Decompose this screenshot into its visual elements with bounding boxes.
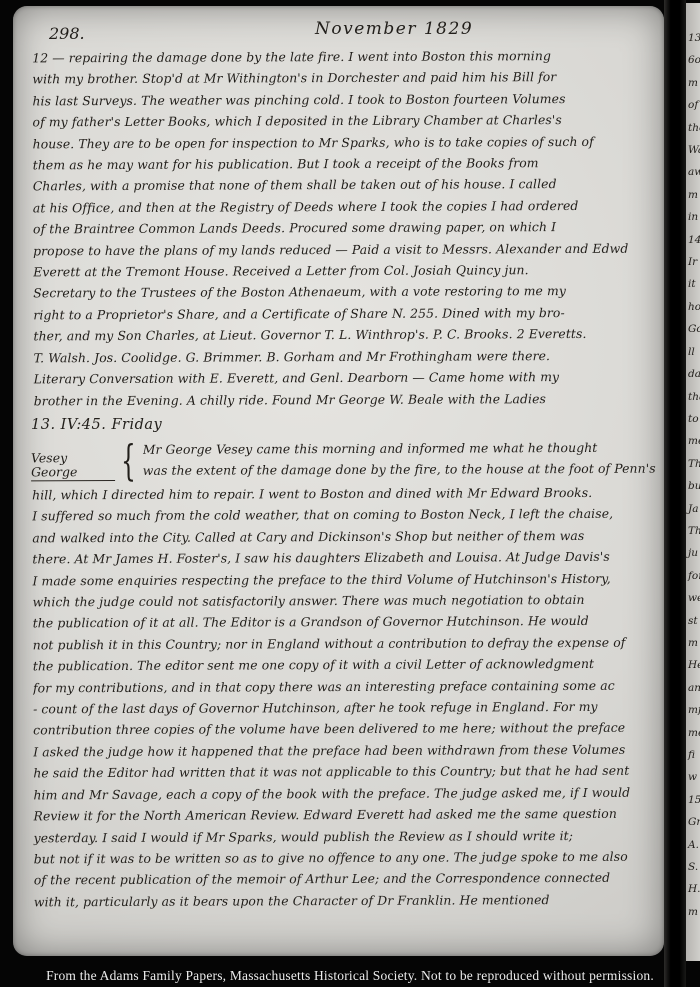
- facing-page-text-fragment: m: [686, 632, 700, 654]
- book-gutter: [664, 0, 686, 987]
- manuscript-line: his last Surveys. The weather was pinchi…: [32, 87, 660, 111]
- brace-mark: {: [121, 439, 136, 483]
- facing-page-text-fragment: st: [686, 610, 700, 632]
- manuscript-line: Charles, with a promise that none of the…: [33, 173, 661, 197]
- facing-page-text-fragment: the: [686, 117, 700, 139]
- facing-page-fragments: 136omoftheWaawmin14IrithowGoolldaithatom…: [686, 27, 700, 923]
- facing-page-text-fragment: me: [686, 722, 700, 744]
- facing-page-text-fragment: for: [686, 565, 700, 587]
- diary-entry-nov-13: hill, which I directed him to repair. I …: [32, 482, 662, 913]
- facing-page-text-fragment: Ir: [686, 251, 700, 273]
- manuscript-line: T. Walsh. Jos. Coolidge. G. Brimmer. B. …: [34, 344, 662, 368]
- manuscript-line: him and Mr Savage, each a copy of the bo…: [33, 781, 661, 805]
- facing-page-text-fragment: mf: [686, 699, 700, 721]
- manuscript-line: house. They are to be open for inspectio…: [33, 130, 661, 154]
- manuscript-line: with it, particularly as it bears upon t…: [34, 888, 662, 912]
- facing-page-text-fragment: in: [686, 206, 700, 228]
- margin-note-column: Vesey George: [31, 439, 115, 483]
- facing-page-text-fragment: to: [686, 408, 700, 430]
- facing-page-text-fragment: ll: [686, 341, 700, 363]
- facing-page-text-fragment: me: [686, 430, 700, 452]
- facing-page-text-fragment: but: [686, 475, 700, 497]
- facing-page-text-fragment: how: [686, 296, 700, 318]
- manuscript-line: the publication. The editor sent me one …: [33, 653, 661, 677]
- facing-page-text-fragment: Wa: [686, 139, 700, 161]
- manuscript-line: was the extent of the damage done by the…: [143, 458, 663, 482]
- footer-caption: From the Adams Family Papers, Massachuse…: [0, 968, 700, 984]
- margin-note: Vesey George: [31, 451, 115, 481]
- manuscript-line: Literary Conversation with E. Everett, a…: [34, 366, 662, 390]
- manuscript-line: not publish it in this Country; nor in E…: [33, 631, 661, 655]
- diary-entry-nov-13-opening: Vesey George { Mr George Vesey came this…: [31, 437, 663, 484]
- diary-page: 298. November 1829 12 — repairing the da…: [13, 6, 664, 956]
- manuscript-line: with my brother. Stop'd at Mr Withington…: [32, 66, 660, 90]
- manuscript-line: there. At Mr James H. Foster's, I saw hi…: [32, 546, 660, 570]
- manuscript-line: but not if it was to be written so as to…: [34, 846, 662, 870]
- facing-page-text-fragment: w: [686, 766, 700, 788]
- manuscript-line: hill, which I directed him to repair. I …: [32, 482, 660, 506]
- facing-page-text-fragment: m: [686, 184, 700, 206]
- manuscript-line: ther, and my Son Charles, at Lieut. Gove…: [33, 323, 661, 347]
- entry-opening-lines: Mr George Vesey came this morning and in…: [143, 437, 663, 483]
- manuscript-line: of my father's Letter Books, which I dep…: [32, 109, 660, 133]
- manuscript-line: right to a Proprietor's Share, and a Cer…: [33, 302, 661, 326]
- manuscript-line: I asked the judge how it happened that t…: [33, 739, 661, 763]
- manuscript-line: the publication of it at all. The Editor…: [33, 610, 661, 634]
- facing-page-text-fragment: H.: [686, 878, 700, 900]
- facing-page-text-fragment: A.: [686, 834, 700, 856]
- facing-page-edge: 136omoftheWaawmin14IrithowGoolldaithatom…: [686, 3, 700, 961]
- facing-page-text-fragment: m: [686, 901, 700, 923]
- manuscript-line: Review it for the North American Review.…: [33, 803, 661, 827]
- facing-page-text-fragment: Ja: [686, 498, 700, 520]
- manuscript-line: which the judge could not satisfactorily…: [33, 589, 661, 613]
- manuscript-line: 12 — repairing the damage done by the la…: [32, 45, 660, 69]
- facing-page-text-fragment: He: [686, 654, 700, 676]
- manuscript-line: Mr George Vesey came this morning and in…: [143, 437, 663, 461]
- month-year-heading: November 1829: [315, 19, 473, 39]
- manuscript-line: contribution three copies of the volume …: [33, 717, 661, 741]
- facing-page-text-fragment: m: [686, 72, 700, 94]
- facing-page-text-fragment: 14: [686, 229, 700, 251]
- facing-page-text-fragment: 6o: [686, 49, 700, 71]
- manuscript-line: of the Braintree Common Lands Deeds. Pro…: [33, 216, 661, 240]
- facing-page-text-fragment: aw: [686, 161, 700, 183]
- manuscript-line: propose to have the plans of my lands re…: [33, 237, 661, 261]
- facing-page-text-fragment: 15.: [686, 789, 700, 811]
- facing-page-text-fragment: Goo: [686, 318, 700, 340]
- manuscript-line: brother in the Evening. A chilly ride. F…: [34, 387, 662, 411]
- facing-page-text-fragment: fi: [686, 744, 700, 766]
- facing-page-text-fragment: of: [686, 94, 700, 116]
- manuscript-line: of the recent publication of the memoir …: [34, 867, 662, 891]
- facing-page-text-fragment: The: [686, 453, 700, 475]
- entry-date-heading: 13. IV:45. Friday: [31, 417, 162, 433]
- entry-lines: hill, which I directed him to repair. I …: [32, 482, 662, 913]
- facing-page-text-fragment: 13: [686, 27, 700, 49]
- manuscript-line: for my contributions, and in that copy t…: [33, 674, 661, 698]
- entry-lines: 12 — repairing the damage done by the la…: [32, 45, 662, 412]
- manuscript-line: at his Office, and then at the Registry …: [33, 194, 661, 218]
- manuscript-line: he said the Editor had written that it w…: [33, 760, 661, 784]
- manuscript-line: Everett at the Tremont House. Received a…: [33, 259, 661, 283]
- manuscript-line: and walked into the City. Called at Cary…: [32, 524, 660, 548]
- diary-entry-nov-12: 12 — repairing the damage done by the la…: [32, 45, 662, 412]
- manuscript-line: yesterday. I said I would if Mr Sparks, …: [34, 824, 662, 848]
- facing-page-text-fragment: The: [686, 520, 700, 542]
- facing-page-text-fragment: Gr: [686, 811, 700, 833]
- manuscript-line: I suffered so much from the cold weather…: [32, 503, 660, 527]
- manuscript-line: I made some enquiries respecting the pre…: [32, 567, 660, 591]
- manuscript-line: - count of the last days of Governor Hut…: [33, 696, 661, 720]
- facing-page-text-fragment: tha: [686, 386, 700, 408]
- facing-page-text-fragment: S.: [686, 856, 700, 878]
- scan-background: 298. November 1829 12 — repairing the da…: [0, 0, 700, 987]
- facing-page-text-fragment: ju: [686, 542, 700, 564]
- page-number: 298.: [49, 24, 85, 43]
- manuscript-line: them as he may want for his publication.…: [33, 152, 661, 176]
- facing-page-text-fragment: it: [686, 273, 700, 295]
- facing-page-text-fragment: we: [686, 587, 700, 609]
- facing-page-text-fragment: an: [686, 677, 700, 699]
- manuscript-line: Secretary to the Trustees of the Boston …: [33, 280, 661, 304]
- facing-page-text-fragment: dai: [686, 363, 700, 385]
